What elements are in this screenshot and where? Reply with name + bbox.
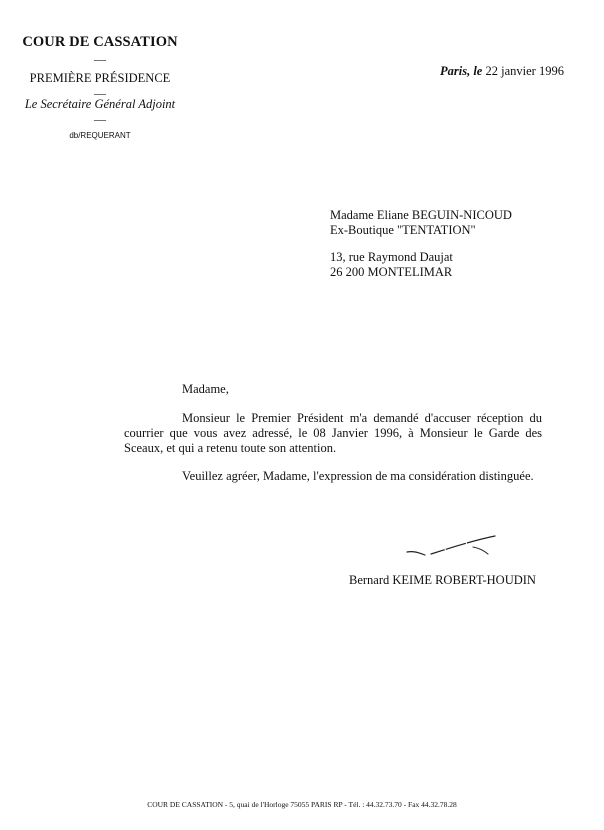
department-name: PREMIÈRE PRÉSIDENCE <box>20 71 180 86</box>
signature-icon <box>395 530 505 560</box>
date-line: Paris, le 22 janvier 1996 <box>440 64 564 79</box>
date-place: Paris, le <box>440 64 482 78</box>
paragraph: Veuillez agréer, Madame, l'expression de… <box>124 469 542 484</box>
paragraph: Monsieur le Premier Président m'a demand… <box>124 411 542 455</box>
recipient-city: 26 200 MONTELIMAR <box>330 265 512 280</box>
footer-address: COUR DE CASSATION - 5, quai de l'Horloge… <box>0 800 604 809</box>
salutation: Madame, <box>182 382 229 397</box>
separator: — <box>20 114 180 124</box>
reference-code: db/REQUERANT <box>20 131 180 140</box>
signer-name: Bernard KEIME ROBERT-HOUDIN <box>349 573 536 588</box>
recipient-company: Ex-Boutique "TENTATION" <box>330 223 512 238</box>
recipient-name: Madame Eliane BEGUIN-NICOUD <box>330 208 512 223</box>
recipient-street: 13, rue Raymond Daujat <box>330 250 512 265</box>
separator: — <box>20 54 180 64</box>
institution-name: COUR DE CASSATION <box>20 34 180 51</box>
letter-body: Monsieur le Premier Président m'a demand… <box>124 411 542 498</box>
date-value: 22 janvier 1996 <box>485 64 563 78</box>
office-title: Le Secrétaire Général Adjoint <box>20 97 180 112</box>
recipient-block: Madame Eliane BEGUIN-NICOUD Ex-Boutique … <box>330 208 512 279</box>
